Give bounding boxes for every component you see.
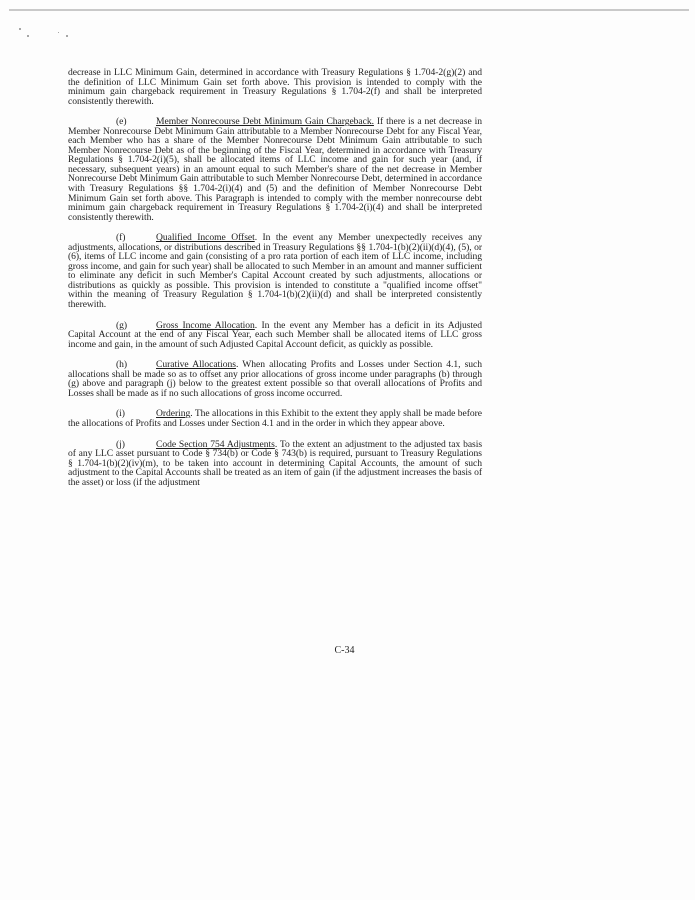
- page-number: C-34: [335, 645, 355, 656]
- scan-speck: [66, 35, 68, 37]
- page-footer: C-34: [0, 645, 695, 656]
- paragraph-g: (g)Gross Income Allocation. In the event…: [68, 321, 482, 350]
- scan-speck: [58, 32, 59, 33]
- paragraph-text: decrease in LLC Minimum Gain, determined…: [68, 67, 482, 107]
- paragraph-i: (i)Ordering. The allocations in this Exh…: [68, 409, 482, 428]
- paragraph-j: (j)Code Section 754 Adjustments. To the …: [68, 440, 482, 488]
- scan-speck: [27, 35, 29, 37]
- paragraph-continuation: decrease in LLC Minimum Gain, determined…: [68, 68, 482, 106]
- paragraph-h: (h)Curative Allocations. When allocating…: [68, 360, 482, 398]
- scan-top-edge: [9, 9, 689, 11]
- scan-speck: [19, 28, 21, 30]
- paragraph-text: . In the event any Member unexpectedly r…: [68, 232, 482, 310]
- paragraph-e: (e)Member Nonrecourse Debt Minimum Gain …: [68, 117, 482, 222]
- paragraph-f: (f)Qualified Income Offset. In the event…: [68, 233, 482, 309]
- document-page: decrease in LLC Minimum Gain, determined…: [68, 68, 482, 487]
- paragraph-text: If there is a net decrease in Member Non…: [68, 116, 482, 222]
